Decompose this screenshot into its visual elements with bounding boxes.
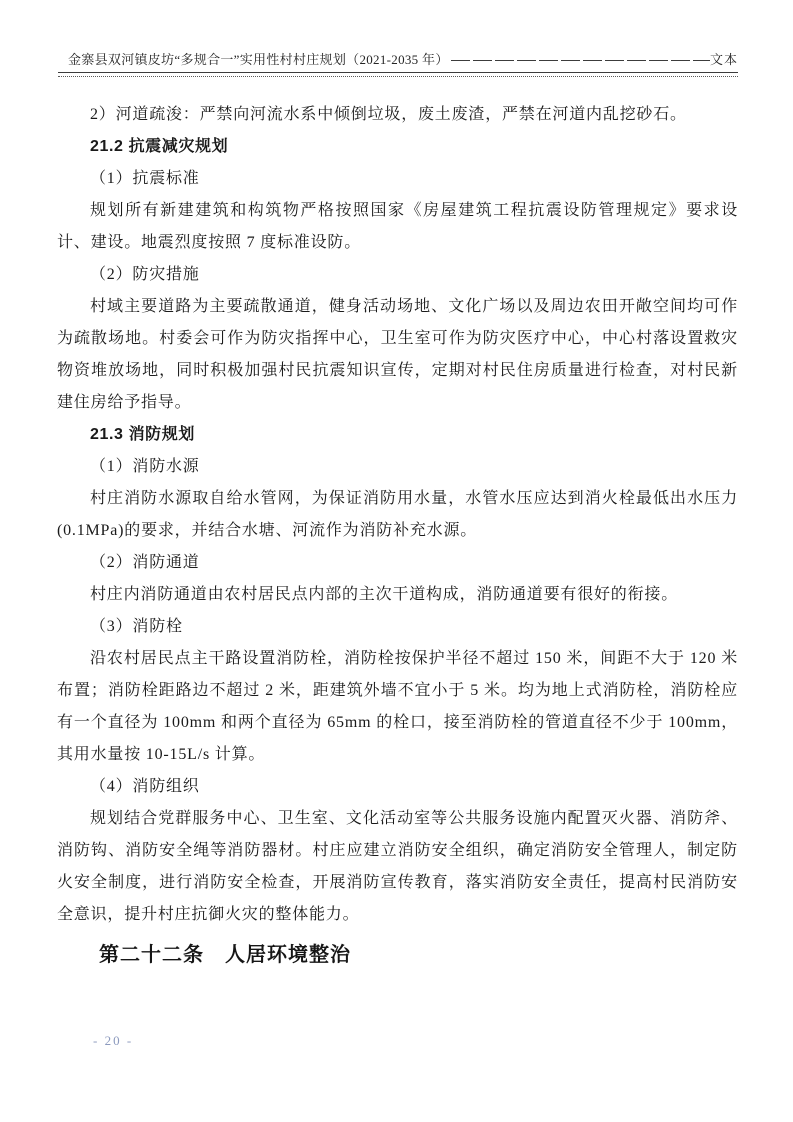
section-heading-21-2: 21.2 抗震减灾规划 (57, 131, 738, 163)
section-heading-21-3: 21.3 消防规划 (57, 419, 738, 451)
paragraph-fire-hydrant: 沿农村居民点主干路设置消防栓，消防栓按保护半径不超过 150 米，间距不大于 1… (57, 643, 738, 771)
header-title: 金寨县双河镇皮坊“多规合一”实用性村村庄规划（2021-2035 年） (68, 50, 449, 69)
sub-heading-fire-lane: （2）消防通道 (57, 547, 738, 579)
document-body: 2）河道疏浚：严禁向河流水系中倾倒垃圾，废土废渣，严禁在河道内乱挖砂石。 21.… (57, 99, 738, 973)
paragraph-fire-lane: 村庄内消防通道由农村居民点内部的主次干道构成，消防通道要有很好的衔接。 (57, 579, 738, 611)
paragraph-river-dredging: 2）河道疏浚：严禁向河流水系中倾倒垃圾，废土废渣，严禁在河道内乱挖砂石。 (57, 99, 738, 131)
page-number: - 20 - (93, 1033, 133, 1049)
page-header: 金寨县双河镇皮坊“多规合一”实用性村村庄规划（2021-2035 年） 文本 (58, 50, 738, 77)
sub-heading-fire-hydrant: （3）消防栓 (57, 611, 738, 643)
sub-heading-fire-organization: （4）消防组织 (57, 771, 738, 803)
paragraph-disaster-measures: 村域主要道路为主要疏散通道，健身活动场地、文化广场以及周边农田开敞空间均可作为疏… (57, 291, 738, 419)
header-row: 金寨县双河镇皮坊“多规合一”实用性村村庄规划（2021-2035 年） 文本 (58, 50, 738, 73)
header-right-label: 文本 (710, 50, 738, 69)
paragraph-seismic-standard: 规划所有新建建筑和构筑物严格按照国家《房屋建筑工程抗震设防管理规定》要求设计、建… (57, 195, 738, 259)
paragraph-fire-organization: 规划结合党群服务中心、卫生室、文化活动室等公共服务设施内配置灭火器、消防斧、消防… (57, 803, 738, 931)
header-dotted-rule (58, 76, 738, 77)
sub-heading-seismic-standard: （1）抗震标准 (57, 163, 738, 195)
chapter-heading-article-22: 第二十二条 人居环境整治 (57, 937, 738, 973)
sub-heading-disaster-measures: （2）防灾措施 (57, 259, 738, 291)
header-dash-line (451, 60, 710, 61)
document-page: 金寨县双河镇皮坊“多规合一”实用性村村庄规划（2021-2035 年） 文本 2… (0, 0, 793, 1122)
paragraph-fire-water-source: 村庄消防水源取自给水管网，为保证消防用水量，水管水压应达到消火栓最低出水压力(0… (57, 483, 738, 547)
sub-heading-fire-water-source: （1）消防水源 (57, 451, 738, 483)
